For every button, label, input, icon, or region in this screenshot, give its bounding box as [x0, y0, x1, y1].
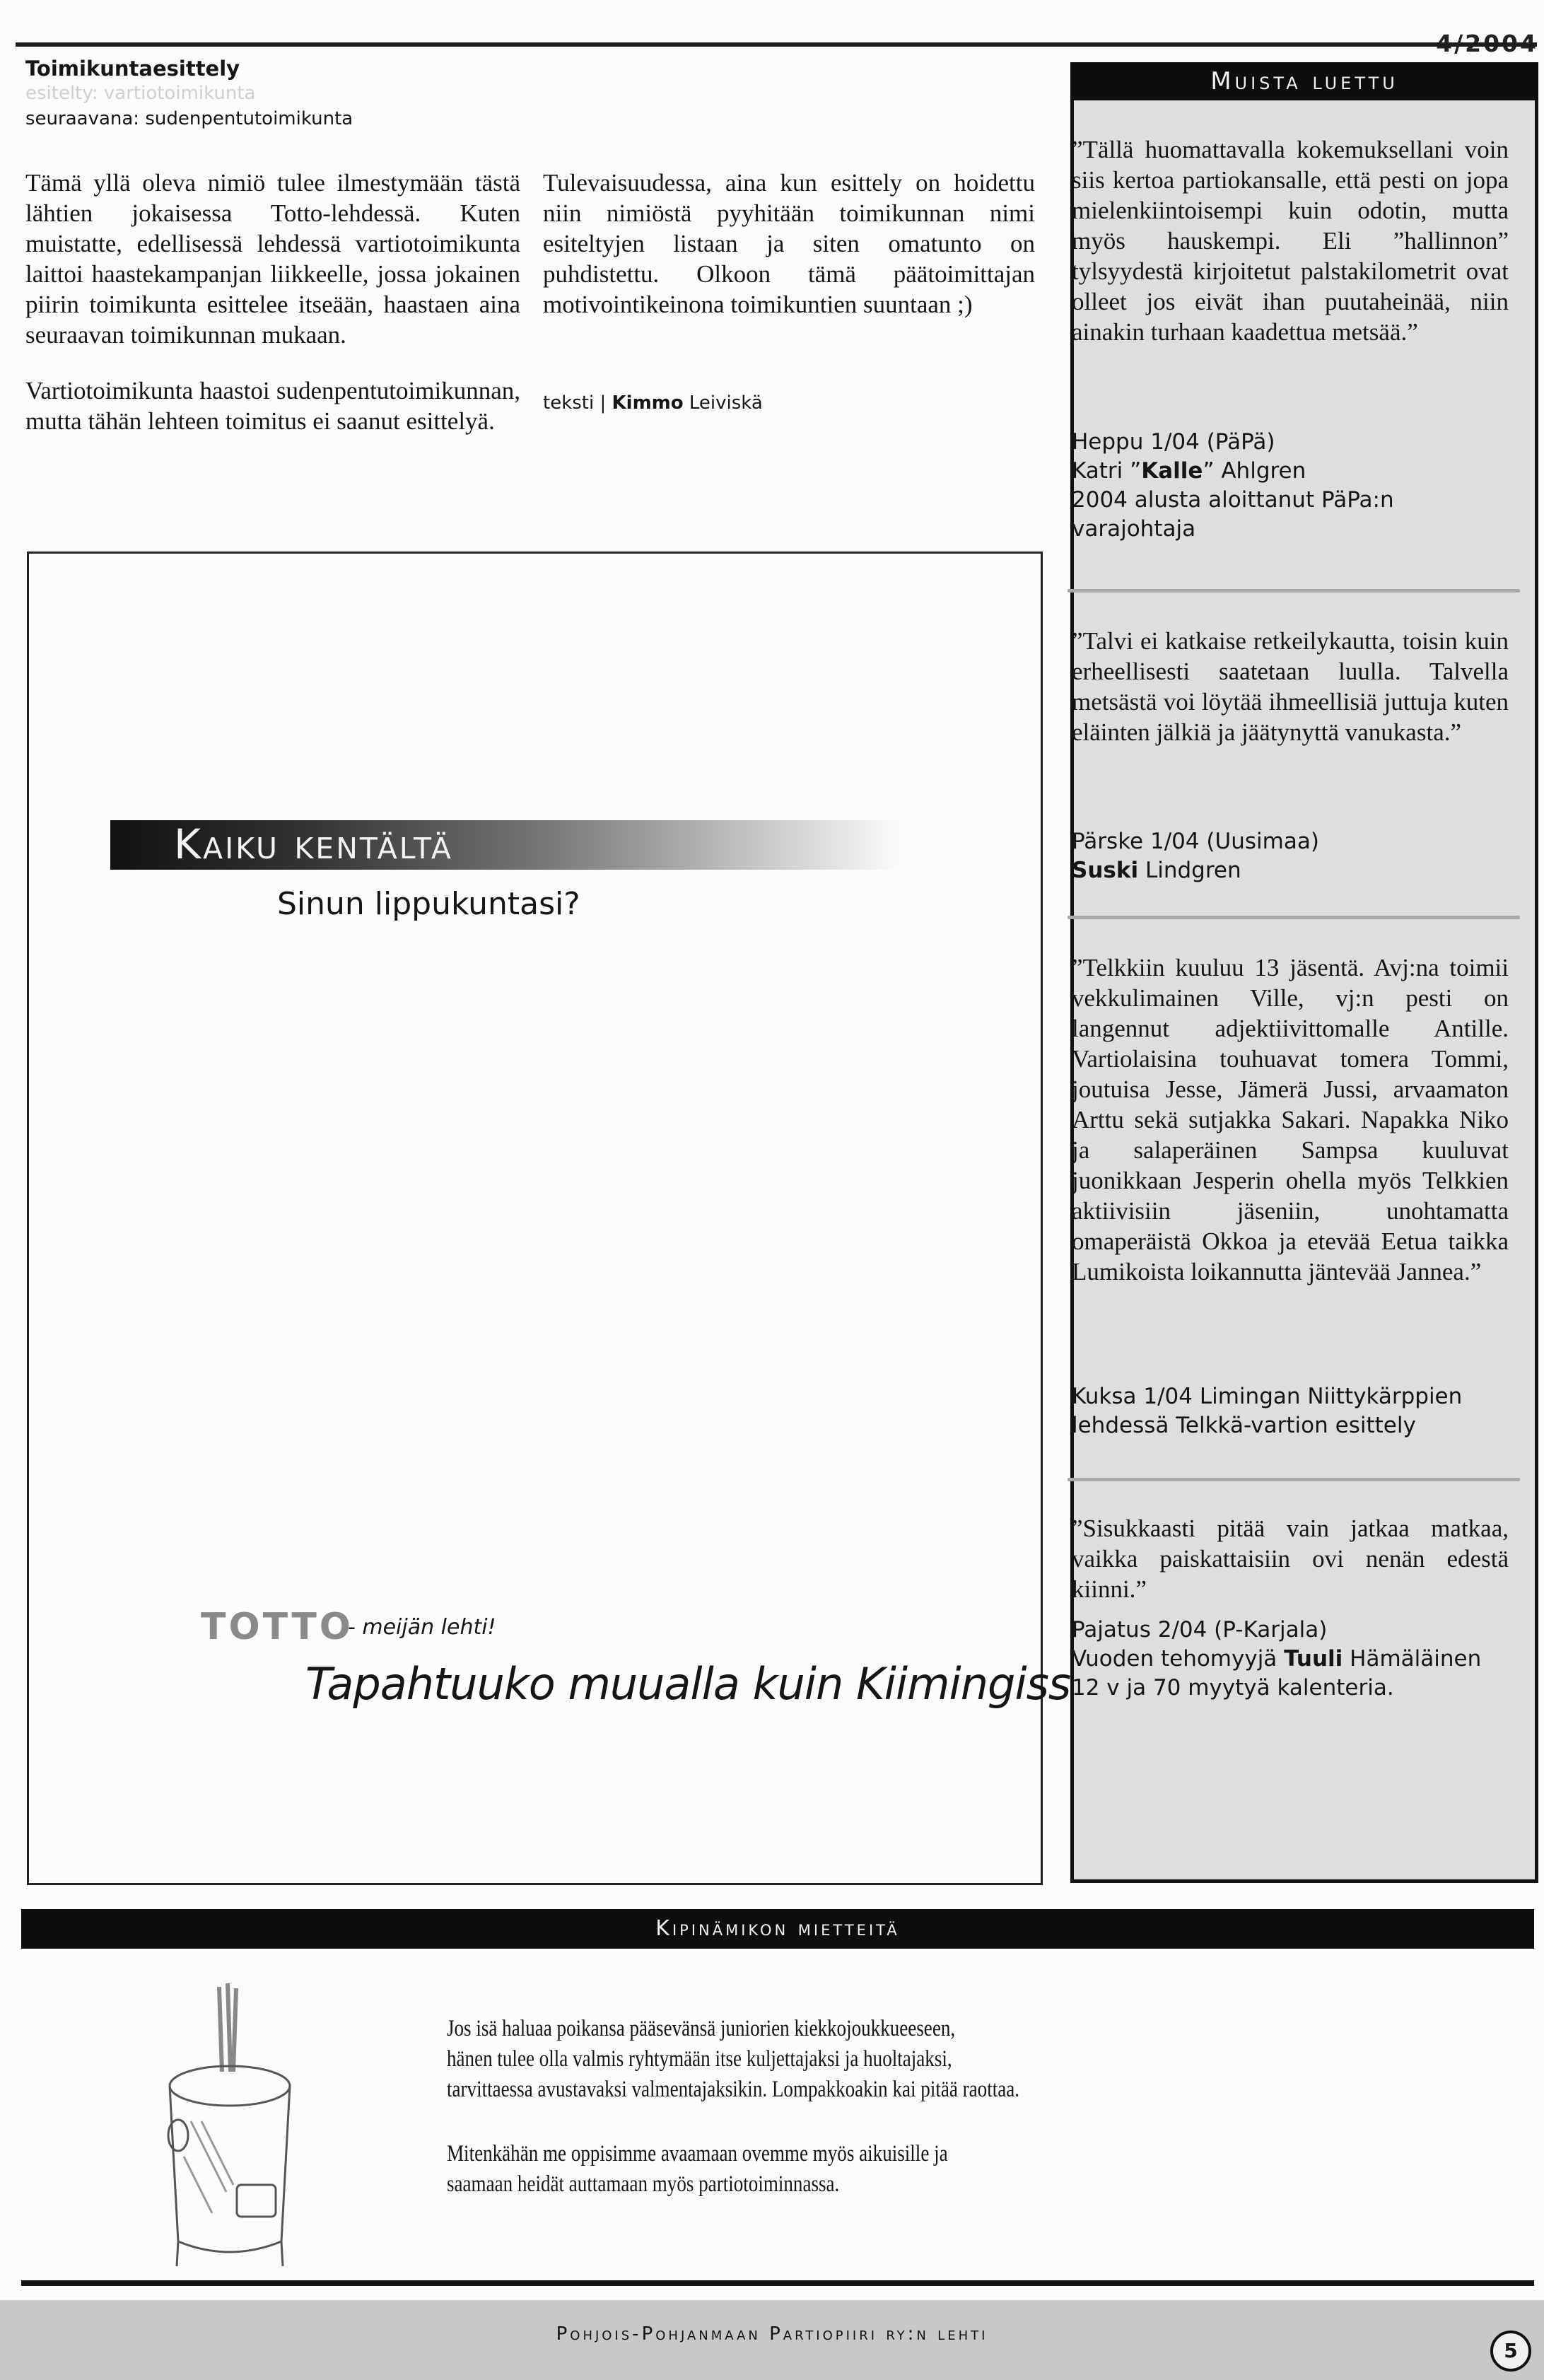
source-extra: 2004 alusta aloittanut PäPa:n varajohtaj… [1072, 486, 1524, 544]
sidebar-quote: ”Talvi ei katkaise retkeilykautta, toisi… [1072, 626, 1509, 747]
sidebar-separator [1068, 1478, 1520, 1481]
page-number: 5 [1490, 2331, 1531, 2372]
article-next-label: seuraavana: sudenpentutoimikunta [25, 108, 353, 129]
name-bold: Suski [1072, 858, 1138, 883]
source-person: Katri ”Kalle” Ahlgren [1072, 457, 1524, 486]
sidebar-quote: ”Tällä huomattavalla kokemuksellani voin… [1072, 134, 1509, 347]
name-suffix: Hämäläinen [1343, 1646, 1481, 1672]
kipina-text: Jos isä haluaa poikansa pääsevänsä junio… [447, 2014, 1200, 2234]
name-suffix: ” Ahlgren [1203, 458, 1306, 484]
kaiku-banner-title: Kaiku kentältä [174, 821, 453, 868]
byline: teksti | Kimmo Leiviskä [543, 392, 763, 414]
article-column-1: Tämä yllä oleva nimiö tulee ilmestymään … [25, 168, 520, 462]
kipina-paragraph: Mitenkähän me oppisimme avaamaan ovemme … [447, 2139, 1200, 2200]
sidebar-title: Muista luettu [1070, 62, 1538, 100]
top-rule [16, 42, 1537, 47]
article-column-2: Tulevaisuudessa, aina kun esittely on ho… [543, 168, 1035, 345]
article-presented-label: esitelty: vartiotoimikunta [25, 83, 255, 104]
sidebar-source: Heppu 1/04 (PäPä) Katri ”Kalle” Ahlgren … [1072, 428, 1524, 544]
sidebar-separator [1068, 589, 1520, 593]
kipina-title: Kipinämikon mietteitä [21, 1909, 1534, 1949]
byline-label: teksti | [543, 392, 606, 414]
sidebar-source: Pajatus 2/04 (P-Karjala) Vuoden tehomyyj… [1072, 1616, 1524, 1703]
sidebar-source: Pärske 1/04 (Uusimaa) Suski Lindgren [1072, 827, 1524, 885]
source-extra: 12 v ja 70 myytyä kalenteria. [1072, 1674, 1524, 1703]
kaiku-subtitle: Sinun lippukuntasi? [277, 886, 580, 922]
source-publication: Pajatus 2/04 (P-Karjala) [1072, 1616, 1524, 1645]
article-paragraph: Tämä yllä oleva nimiö tulee ilmestymään … [25, 168, 520, 350]
name-suffix: Lindgren [1138, 858, 1241, 883]
sidebar-separator [1068, 916, 1520, 919]
source-publication: Pärske 1/04 (Uusimaa) [1072, 827, 1524, 856]
article-paragraph: Tulevaisuudessa, aina kun esittely on ho… [543, 168, 1035, 320]
byline-last-name: Leiviskä [689, 392, 763, 414]
source-publication: Kuksa 1/04 Limingan Niittykärppien lehde… [1072, 1382, 1524, 1440]
name-bold: Kalle [1141, 458, 1203, 484]
byline-first-name: Kimmo [612, 392, 684, 414]
source-publication: Heppu 1/04 (PäPä) [1072, 428, 1524, 457]
sidebar-source: Kuksa 1/04 Limingan Niittykärppien lehde… [1072, 1382, 1524, 1440]
name-prefix: Katri ” [1072, 458, 1141, 484]
article-paragraph: Vartiotoimikunta haastoi sudenpentu­toim… [25, 375, 520, 436]
totto-tagline: - meijän lehti! [348, 1615, 496, 1640]
source-person: Vuoden tehomyyjä Tuuli Hämäläinen [1072, 1645, 1524, 1674]
source-person: Suski Lindgren [1072, 856, 1524, 885]
sidebar-quote: ”Sisukkaasti pitää vain jatkaa matkaa, v… [1072, 1513, 1509, 1604]
footer-publication: Pohjois-Pohjanmaan Partiopiiri ry:n leht… [0, 2323, 1544, 2345]
sidebar-quote: ”Telkkiin kuuluu 13 jäsentä. Avj:na toim… [1072, 952, 1509, 1287]
ad-question: Tapahtuuko muualla kuin Kiimingissä? [305, 1658, 1119, 1710]
name-prefix: Vuoden tehomyyjä [1072, 1646, 1284, 1672]
kipina-paragraph: Jos isä haluaa poikansa pääsevänsä junio… [447, 2014, 1200, 2105]
totto-logo: TOTTO [201, 1609, 353, 1645]
article-title: Toimikuntaesittely [25, 57, 240, 81]
lantern-sketch-icon [163, 1980, 297, 2270]
name-bold: Tuuli [1284, 1646, 1343, 1672]
